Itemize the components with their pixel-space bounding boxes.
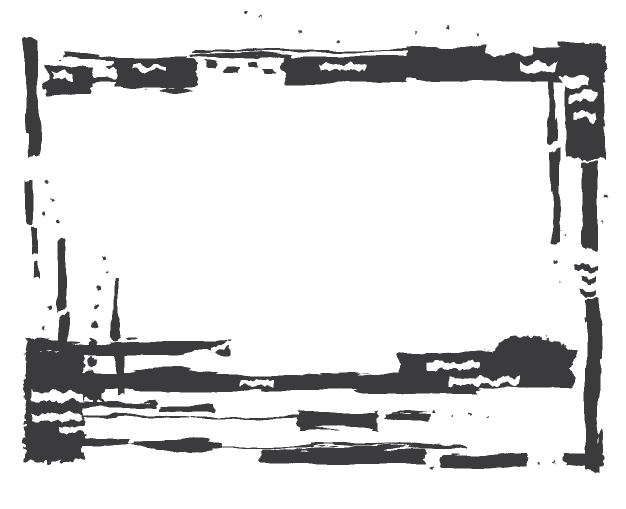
brush-stroke xyxy=(584,278,597,283)
splatter-dot xyxy=(522,460,526,464)
white-streak xyxy=(425,362,480,369)
splatter-dot xyxy=(432,410,435,413)
splatter-dot xyxy=(42,326,45,329)
white-streak xyxy=(448,378,518,384)
splatter-dot xyxy=(564,234,567,237)
splatter-dot xyxy=(415,32,417,34)
splatter-dot xyxy=(48,306,52,310)
brush-stroke xyxy=(440,455,528,466)
splatter-dot xyxy=(57,221,60,224)
brush-stroke xyxy=(38,446,468,448)
brush-stroke xyxy=(548,78,557,142)
splatter-dot xyxy=(299,31,301,33)
white-streak xyxy=(487,42,533,55)
white-streak xyxy=(30,392,82,401)
white-streak xyxy=(570,92,598,101)
brush-stroke xyxy=(29,132,38,154)
brush-stroke xyxy=(579,291,597,296)
brush-stroke xyxy=(262,68,274,73)
splatter-dot xyxy=(244,11,247,14)
splatter-dot xyxy=(42,212,46,216)
splatter-dot xyxy=(431,467,434,470)
brush-stroke xyxy=(25,352,83,462)
splatter-dot xyxy=(92,322,99,329)
brush-stroke xyxy=(492,336,568,368)
brush-stroke xyxy=(283,58,408,83)
splatter-dot xyxy=(487,417,489,419)
white-streak xyxy=(318,64,364,70)
brush-stroke xyxy=(48,86,90,92)
splatter-dot xyxy=(604,194,608,198)
splatter-dot xyxy=(559,281,561,283)
splatter-dot xyxy=(602,56,606,60)
splatter-dot xyxy=(85,370,96,381)
splatter-dot xyxy=(451,415,453,417)
splatter-dot xyxy=(44,180,48,184)
splatter-dot xyxy=(95,305,99,309)
brush-stroke xyxy=(35,417,365,420)
brush-stroke xyxy=(25,340,230,354)
splatter-dot xyxy=(477,34,479,36)
splatter-dot xyxy=(51,199,53,201)
splatter-dot xyxy=(337,41,340,44)
white-streak xyxy=(60,428,180,434)
brush-stroke xyxy=(60,56,190,60)
white-streak xyxy=(563,77,589,86)
splatter-dot xyxy=(601,221,604,224)
splatter-dot xyxy=(552,460,556,464)
brush-stroke xyxy=(260,449,425,465)
splatter-dot xyxy=(87,357,97,367)
brush-stroke xyxy=(196,50,496,53)
brush-stroke xyxy=(205,63,215,68)
splatter-dot xyxy=(469,413,472,416)
brush-stroke xyxy=(226,67,240,73)
brush-stroke xyxy=(57,238,66,310)
brush-stroke xyxy=(585,298,600,470)
brush-stroke xyxy=(25,180,33,226)
white-streak xyxy=(135,66,165,71)
brush-stroke xyxy=(385,414,430,422)
splatter-dot xyxy=(36,350,40,354)
brush-stroke xyxy=(33,262,38,280)
brush-stroke xyxy=(577,266,599,272)
grunge-frame-artwork xyxy=(0,0,626,509)
white-streak xyxy=(52,73,72,79)
white-streak xyxy=(240,380,275,386)
brush-stroke xyxy=(158,406,213,412)
splatter-dot xyxy=(538,463,541,466)
splatter-dot xyxy=(89,339,98,348)
splatter-dot xyxy=(259,15,261,17)
brush-stroke xyxy=(25,40,38,132)
splatter-dot xyxy=(554,260,557,263)
white-streak xyxy=(210,344,270,349)
white-streak xyxy=(32,413,80,421)
splatter-dot xyxy=(102,256,105,259)
brush-stroke xyxy=(193,54,288,58)
brush-stroke xyxy=(31,228,38,254)
splatter-dot xyxy=(106,271,109,274)
white-streak xyxy=(574,112,598,119)
brush-stroke xyxy=(248,62,257,67)
brush-stroke xyxy=(551,150,559,242)
brush-stroke xyxy=(568,118,602,156)
brush-stroke xyxy=(562,454,602,467)
brush-stroke xyxy=(113,276,120,338)
white-streak xyxy=(520,62,558,71)
grunge-frame-svg xyxy=(0,0,626,509)
splatter-dot xyxy=(446,26,449,29)
brush-stroke xyxy=(112,60,197,88)
splatter-dot xyxy=(96,285,101,290)
brush-stroke xyxy=(584,160,597,248)
white-streak xyxy=(93,67,117,77)
